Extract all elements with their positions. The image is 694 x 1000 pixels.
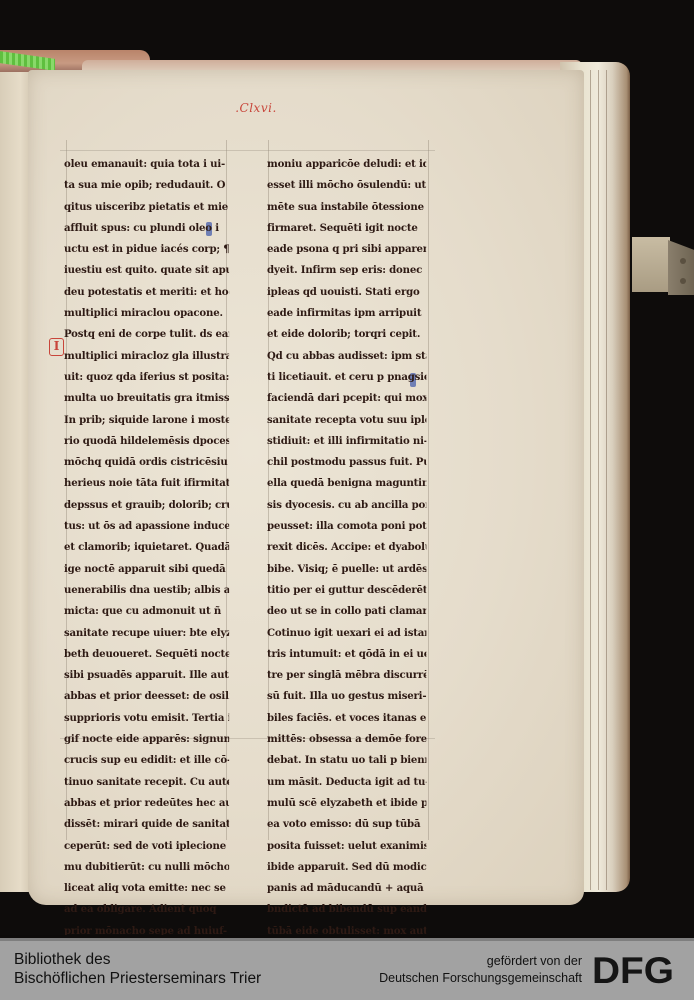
manuscript-line: sanitate recepta votu suu iple-	[267, 410, 426, 431]
manuscript-line: ipleas qd uouisti. Stati ergo	[267, 282, 426, 303]
institution-line-1: Bibliothek des	[14, 950, 261, 969]
manuscript-line: biles faciēs. et voces itanas e-	[267, 708, 426, 729]
manuscript-line: panis ad māducandū + aquā	[267, 878, 426, 899]
institution-credit: Bibliothek des Bischöflichen Priestersem…	[14, 950, 261, 988]
manuscript-line: gif nocte eide apparēs: signum	[64, 729, 229, 750]
manuscript-line: crucis sup eu edidit: et ille cō-	[64, 750, 229, 771]
manuscript-line: sibi psuadēs apparuit. Ille aut cu	[64, 665, 229, 686]
manuscript-line: eade psona q pri sibi appareno	[267, 239, 426, 260]
manuscript-line: rexit dicēs. Accipe: et dyabolu	[267, 537, 426, 558]
manuscript-line: liceat aliq vota emitte: nec se	[64, 878, 229, 899]
institution-line-2: Bischöflichen Priesterseminars Trier	[14, 969, 261, 988]
scan-viewport: .Clxvi. I oleu emanauit: quia tota i ui-…	[0, 0, 694, 935]
manuscript-line: faciendā dari pcepit: qui mox	[267, 388, 426, 409]
manuscript-line: herieus noie tāta fuit ifirmitate	[64, 473, 229, 494]
manuscript-line: prior mōnacho sepe ad huiuf-	[64, 921, 229, 935]
manuscript-line: mittēs: obsessa a demōe fore cre-	[267, 729, 426, 750]
manuscript-line: esset illi mōcho ōsulendū: ut	[267, 175, 426, 196]
page-stack-line	[598, 70, 599, 890]
manuscript-line: supprioris votu emisit. Tertia i-	[64, 708, 229, 729]
folio-number: .Clxvi.	[226, 101, 286, 115]
manuscript-line: bndictā ad bibendū sup eande	[267, 899, 426, 920]
text-column-right: moniu apparicōe deludi: et idoesset illi…	[267, 154, 433, 935]
manuscript-line: deu potestatis et meriti: et hoc	[64, 282, 229, 303]
manuscript-line: uit: quoz qda iferius st posita:	[64, 367, 229, 388]
manuscript-line: bibe. Visiq; ē puelle: ut ardēs	[267, 559, 426, 580]
manuscript-line: ella quedā benigna maguntine	[267, 473, 426, 494]
manuscript-line: mōchq quidā ordis cistricēsiu	[64, 452, 229, 473]
manuscript-line: beth deuoueret. Sequēti nocte silia	[64, 644, 229, 665]
manuscript-line: mu dubitierūt: cu nulli mōcho	[64, 857, 229, 878]
manuscript-line: ad ea obligare. Adient quoq	[64, 899, 229, 920]
manuscript-line: affluit spus: cu plundi oleo i	[64, 218, 229, 239]
manuscript-line: ceperūt: sed de voti iplecione pli-	[64, 836, 229, 857]
manuscript-line: ti licetiauit. et ceru p pnagsie	[267, 367, 426, 388]
manuscript-line: ige noctē apparuit sibi quedā	[64, 559, 229, 580]
manuscript-line: um māsit. Deducta igit ad tu-	[267, 772, 426, 793]
manuscript-line: debat. In statu uo tali p bienni-	[267, 750, 426, 771]
footer-bar: Bibliothek des Bischöflichen Priestersem…	[0, 938, 694, 1000]
manuscript-line: ibide apparuit. Sed dū modicū	[267, 857, 426, 878]
funding-credit: gefördert von der Deutschen Forschungsge…	[379, 953, 582, 987]
manuscript-line: rio quodā hildelemēsis dpocesis:	[64, 431, 229, 452]
funding-line-2: Deutschen Forschungsgemeinschaft	[379, 970, 582, 987]
manuscript-line: oleu emanauit: quia tota i ui-	[64, 154, 229, 175]
manuscript-line: sanitate recupe uiuer: bte elyza-	[64, 623, 229, 644]
manuscript-line: tūbā eide obtulisset: mox aute-	[267, 921, 426, 935]
manuscript-line: mēte sua instabile ōtessione	[267, 197, 426, 218]
manuscript-line: dissēt: mirari quide de sanitate	[64, 814, 229, 835]
manuscript-line: depssus et grauib; dolorib; cruda-	[64, 495, 229, 516]
manuscript-line: titio per ei guttur descēderēt: a-	[267, 580, 426, 601]
manuscript-line: tris intumuit: et qōdā in ei ue-	[267, 644, 426, 665]
manuscript-line: qitus uisceribz pietatis et mie	[64, 197, 229, 218]
manuscript-line: et eide dolorib; torqri cepit.	[267, 324, 426, 345]
manuscript-line: ea voto emisso: dū sup tūbā	[267, 814, 426, 835]
clasp-strap	[632, 237, 670, 292]
manuscript-line: In prib; siquide larone i moste-	[64, 410, 229, 431]
manuscript-line: dyeit. Infirm sep eris: donec	[267, 260, 426, 281]
text-column-left: oleu emanauit: quia tota i ui-ta sua mie…	[64, 154, 236, 935]
rivet-icon	[680, 258, 686, 264]
rivet-icon	[680, 278, 686, 284]
page-stack-line	[606, 70, 607, 890]
manuscript-line: stidiuit: et illi infirmitatio ni-	[267, 431, 426, 452]
page-stack-line	[590, 70, 591, 890]
clasp-metal-fitting	[668, 240, 694, 295]
manuscript-line: Postq eni de corpe tulit. ds eam	[64, 324, 229, 345]
manuscript-line: uenerabilis dna uestib; albis a-	[64, 580, 229, 601]
manuscript-line: deo ut se in collo pati clamarēt.	[267, 601, 426, 622]
manuscript-line: multiplici miracloz gla illustra-	[64, 346, 229, 367]
manuscript-line: mulū scē elyzabeth et ibide pro	[267, 793, 426, 814]
manuscript-line: micta: que cu admonuit ut ñ	[64, 601, 229, 622]
dfg-logo: DFG	[592, 954, 674, 988]
manuscript-line: chil postmodu passus fuit. Pu-	[267, 452, 426, 473]
funding-line-1: gefördert von der	[379, 953, 582, 970]
manuscript-line: moniu apparicōe deludi: et ido	[267, 154, 426, 175]
manuscript-line: ta sua mie opib; redudauit. O	[64, 175, 229, 196]
manuscript-line: eade infirmitas ipm arripuit	[267, 303, 426, 324]
manuscript-line: abbas et prior deesset: de osilio	[64, 686, 229, 707]
manuscript-line: posita fuisset: uelut exanimis	[267, 836, 426, 857]
manuscript-line: Qd cu abbas audisset: ipm sta-	[267, 346, 426, 367]
manuscript-line: multiplici miraclou opacone.	[64, 303, 229, 324]
manuscript-line: tinuo sanitate recepit. Cu aute	[64, 772, 229, 793]
manuscript-line: iuestiu est quito. quate sit apud	[64, 260, 229, 281]
manuscript-line: firmaret. Sequēti igit nocte	[267, 218, 426, 239]
manuscript-line: peusset: illa comota poni pot-	[267, 516, 426, 537]
ruling-line	[60, 150, 435, 151]
manuscript-line: abbas et prior redeūtes hec au-	[64, 793, 229, 814]
manuscript-line: et clamorib; iquietaret. Quadā	[64, 537, 229, 558]
manuscript-line: uctu est in pidue iacés corp; ¶la	[64, 239, 229, 260]
manuscript-line: Cotinuo igit uexari ei ad istar u-	[267, 623, 426, 644]
manuscript-line: tre per singlā mēbra discurrē ui-	[267, 665, 426, 686]
manuscript-line: tus: ut ōs ad apassione inducer;	[64, 516, 229, 537]
manuscript-line: multa uo breuitatis gra itmissa.	[64, 388, 229, 409]
manuscript-line: sis dyocesis. cu ab ancilla poni	[267, 495, 426, 516]
manuscript-line: sū fuit. Illa uo gestus miseri-	[267, 686, 426, 707]
decorated-initial: I	[49, 338, 64, 356]
